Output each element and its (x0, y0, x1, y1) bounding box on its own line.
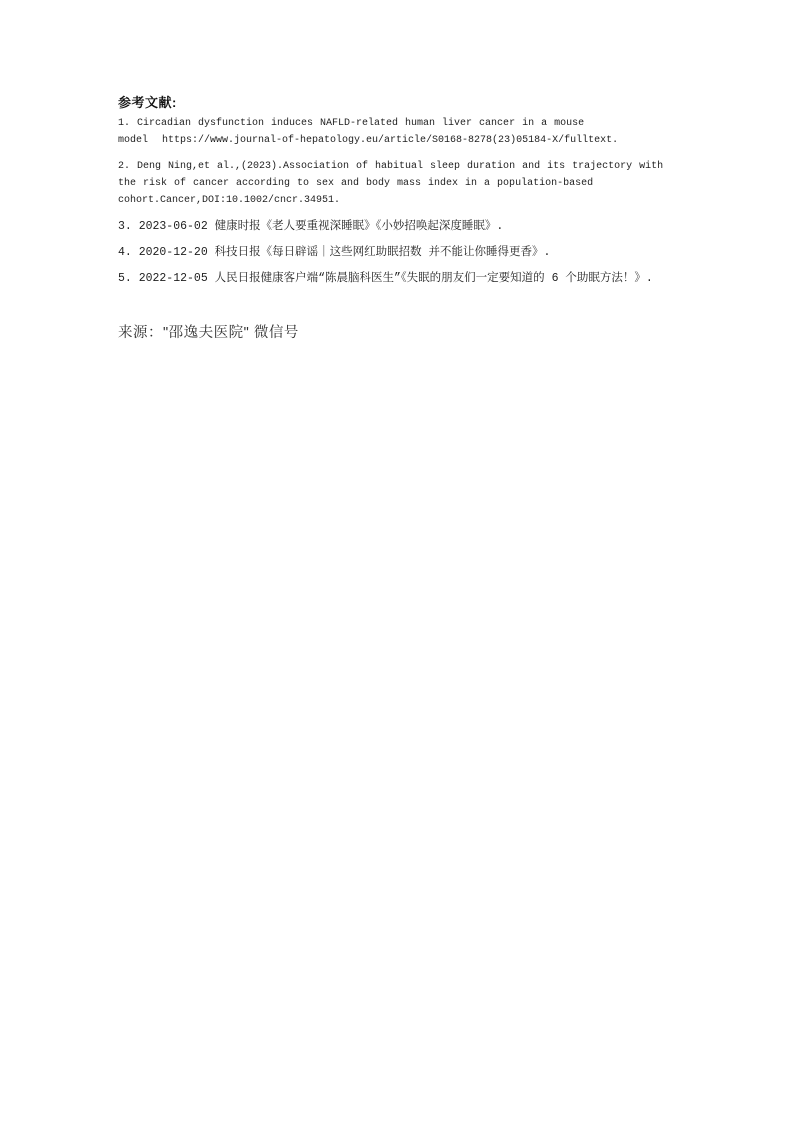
reference-line: 5. 2022-12-05 人民日报健康客户端“陈晨脑科医生”《失眠的朋友们一定… (118, 270, 663, 287)
reference-line: 3. 2023-06-02 健康时报《老人要重视深睡眠》《小妙招唤起深度睡眠》. (118, 218, 663, 235)
document-page: 参考文献: 1. Circadian dysfunction induces N… (0, 0, 793, 1122)
references-heading: 参考文献: (118, 94, 663, 111)
references-section: 参考文献: 1. Circadian dysfunction induces N… (118, 94, 663, 343)
reference-item: 3. 2023-06-02 健康时报《老人要重视深睡眠》《小妙招唤起深度睡眠》. (118, 218, 663, 235)
references-list: 1. Circadian dysfunction induces NAFLD-r… (118, 115, 663, 287)
reference-line: 4. 2020-12-20 科技日报《每日辟谣｜这些网红助眠招数 并不能让你睡得… (118, 244, 663, 261)
reference-item: 1. Circadian dysfunction induces NAFLD-r… (118, 115, 663, 149)
reference-line: the risk of cancer according to sex and … (118, 175, 663, 192)
reference-item: 5. 2022-12-05 人民日报健康客户端“陈晨脑科医生”《失眠的朋友们一定… (118, 270, 663, 287)
reference-item: 4. 2020-12-20 科技日报《每日辟谣｜这些网红助眠招数 并不能让你睡得… (118, 244, 663, 261)
reference-line: cohort.Cancer,DOI:10.1002/cncr.34951. (118, 192, 663, 209)
source-attribution: 来源："邵逸夫医院" 微信号 (118, 323, 663, 343)
reference-line: 2. Deng Ning,et al.,(2023).Association o… (118, 158, 663, 175)
reference-item: 2. Deng Ning,et al.,(2023).Association o… (118, 158, 663, 209)
reference-line: 1. Circadian dysfunction induces NAFLD-r… (118, 115, 663, 132)
reference-line: model https://www.journal-of-hepatology.… (118, 132, 663, 149)
